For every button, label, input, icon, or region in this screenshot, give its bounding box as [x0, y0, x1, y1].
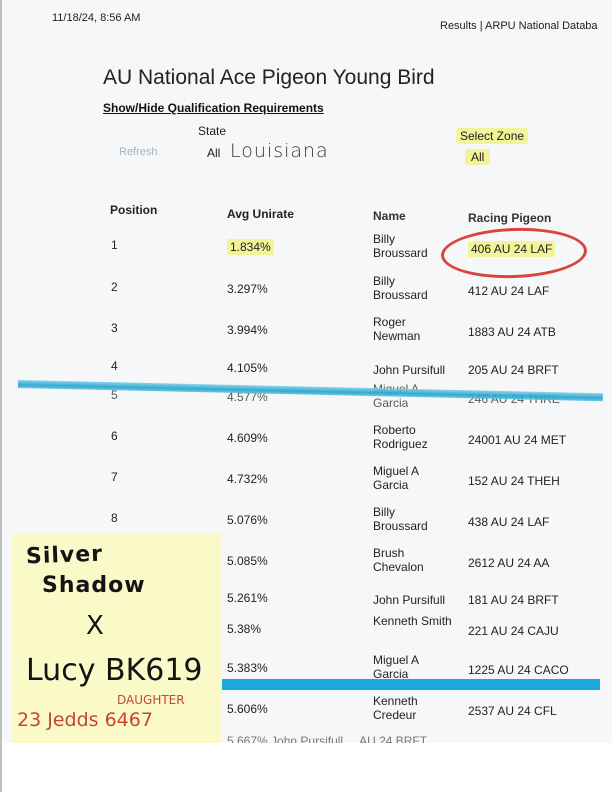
racing-pigeon-cell: 412 AU 24 LAF: [468, 284, 549, 298]
column-header-position[interactable]: Position: [110, 203, 157, 217]
racing-pigeon-cell: 221 AU 24 CAJU: [468, 624, 559, 638]
sticky-note: Silver Shadow X Lucy BK619 DAUGHTER 23 J…: [12, 533, 222, 743]
position-cell: 8: [111, 511, 118, 525]
sticky-line: 23 Jedds 6467: [17, 709, 153, 731]
name-cell: Kenneth Smith: [373, 614, 453, 628]
sticky-line: Shadow: [42, 573, 146, 598]
column-header-racing-pigeon[interactable]: Racing Pigeon: [468, 211, 551, 225]
table-row: 64.609%Roberto Rodriguez24001 AU 24 MET: [0, 429, 612, 467]
zone-label: Select Zone: [456, 128, 528, 144]
avg-unirate-cell: 4.609%: [227, 431, 268, 445]
table-row: 74.732%Miguel A Garcia152 AU 24 THEH: [0, 470, 612, 508]
racing-pigeon-cell: 24001 AU 24 MET: [468, 433, 566, 447]
racing-pigeon-cell: 2612 AU 24 AA: [468, 556, 549, 570]
name-cell: Roger Newman: [373, 315, 453, 343]
name-cell: Miguel A Garcia: [373, 464, 453, 492]
table-row: 33.994%Roger Newman1883 AU 24 ATB: [0, 321, 612, 359]
name-cell: John Pursifull: [373, 363, 463, 377]
avg-unirate-cell: 5.38%: [227, 622, 261, 636]
racing-pigeon-cell: 181 AU 24 BRFT: [468, 593, 559, 607]
position-cell: 3: [111, 321, 118, 335]
avg-unirate-cell: 4.105%: [227, 361, 268, 375]
state-label: State: [198, 124, 226, 138]
racing-pigeon-cell: 205 AU 24 BRFT: [468, 363, 559, 377]
name-cell: Roberto Rodriguez: [373, 423, 453, 451]
position-cell: 2: [111, 280, 118, 294]
print-document-title: Results | ARPU National Databа: [440, 20, 598, 32]
avg-unirate-cell: 4.732%: [227, 472, 268, 486]
cut-off-row: 5.667% John Pursifull ... AU 24 BRFT: [227, 734, 427, 743]
avg-unirate-cell: 5.076%: [227, 513, 268, 527]
name-cell: Miguel A Garcia: [373, 653, 453, 681]
position-cell: 1: [111, 238, 118, 252]
avg-unirate-cell: 5.383%: [227, 661, 268, 675]
name-cell: Billy Broussard: [373, 505, 453, 533]
zone-select[interactable]: All: [465, 149, 490, 165]
state-select[interactable]: All: [207, 146, 220, 160]
avg-unirate-cell: 5.606%: [227, 702, 268, 716]
avg-unirate-cell: 3.994%: [227, 323, 268, 337]
position-cell: 6: [111, 429, 118, 443]
racing-pigeon-cell: 1225 AU 24 CACO: [468, 663, 569, 677]
sticky-line: Silver: [26, 542, 104, 570]
name-cell: Brush Chevalon: [373, 546, 453, 574]
racing-pigeon-cell: 1883 AU 24 ATB: [468, 325, 556, 339]
column-header-name[interactable]: Name: [373, 209, 406, 223]
sticky-line: DAUGHTER: [117, 693, 185, 707]
name-cell: Kenneth Credeur: [373, 694, 453, 722]
name-cell: John Pursifull: [373, 593, 463, 607]
table-row: 23.297%Billy Broussard412 AU 24 LAF: [0, 280, 612, 318]
refresh-button[interactable]: Refresh: [119, 146, 158, 158]
print-timestamp: 11/18/24, 8:56 AM: [52, 12, 140, 24]
column-header-avg-unirate[interactable]: Avg Unirate: [227, 207, 294, 221]
blue-marker-line: [222, 679, 600, 690]
avg-unirate-cell: 1.834%: [227, 240, 274, 254]
sticky-line: X: [86, 611, 104, 641]
avg-unirate-cell: 3.297%: [227, 282, 268, 296]
qualification-requirements-link[interactable]: Show/Hide Qualification Requirements: [103, 101, 324, 115]
page-title: AU National Ace Pigeon Young Bird: [103, 66, 435, 90]
sticky-line: Lucy BK619: [26, 653, 203, 688]
avg-unirate-cell: 5.261%: [227, 591, 268, 605]
avg-unirate-cell: 5.085%: [227, 554, 268, 568]
racing-pigeon-cell: 2537 AU 24 CFL: [468, 704, 557, 718]
handwritten-state-note: Louisiana: [230, 140, 329, 162]
racing-pigeon-cell: 438 AU 24 LAF: [468, 515, 549, 529]
position-cell: 7: [111, 470, 118, 484]
racing-pigeon-cell: 152 AU 24 THEH: [468, 474, 560, 488]
name-cell: Billy Broussard: [373, 274, 453, 302]
position-cell: 4: [111, 359, 118, 373]
